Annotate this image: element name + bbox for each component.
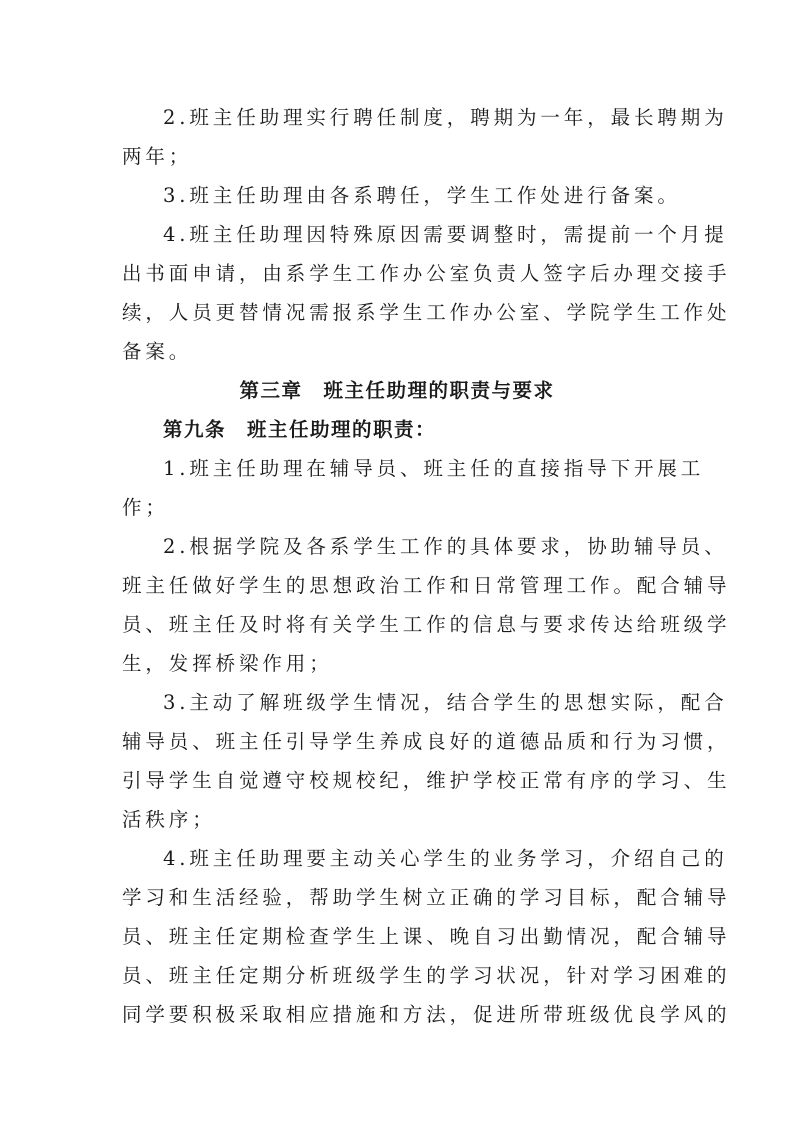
paragraph-line: 员、班主任及时将有关学生工作的信息与要求传达给班级学 [122, 607, 730, 643]
paragraph-line: 4.班主任助理因特殊原因需要调整时，需提前一个月提 [163, 217, 728, 253]
article-heading: 第九条 班主任助理的职责： [163, 412, 436, 448]
paragraph-line: 3.主动了解班级学生情况，结合学生的思想实际，配合 [163, 685, 728, 721]
paragraph-line: 员、班主任定期分析班级学生的学习状况，针对学习困难的 [122, 958, 730, 994]
paragraph-line: 2.根据学院及各系学生工作的具体要求，协助辅导员、 [163, 529, 728, 565]
paragraph-line: 1.班主任助理在辅导员、班主任的直接指导下开展工 [163, 451, 704, 487]
paragraph-line: 出书面申请，由系学生工作办公室负责人签字后办理交接手 [122, 256, 730, 292]
paragraph-line: 学习和生活经验，帮助学生树立正确的学习目标，配合辅导 [122, 880, 730, 916]
paragraph-line: 同学要积极采取相应措施和方法，促进所带班级优良学风的 [122, 997, 730, 1033]
paragraph-line: 班主任做好学生的思想政治工作和日常管理工作。配合辅导 [122, 568, 730, 604]
paragraph-line: 辅导员、班主任引导学生养成良好的道德品质和行为习惯， [122, 724, 730, 760]
paragraph-line: 4.班主任助理要主动关心学生的业务学习，介绍自己的 [163, 841, 728, 877]
paragraph-line: 员、班主任定期检查学生上课、晚自习出勤情况，配合辅导 [122, 919, 730, 955]
paragraph-line: 生，发挥桥梁作用； [122, 646, 333, 682]
paragraph-line: 引导学生自觉遵守校规校纪，维护学校正常有序的学习、生 [122, 763, 730, 799]
chapter-heading: 第三章 班主任助理的职责与要求 [122, 373, 672, 409]
paragraph-line: 活秩序； [122, 802, 216, 838]
paragraph-line: 作； [122, 490, 169, 526]
paragraph-line: 续，人员更替情况需报系学生工作办公室、学院学生工作处 [122, 295, 730, 331]
paragraph-line: 2.班主任助理实行聘任制度，聘期为一年，最长聘期为 [163, 100, 728, 136]
paragraph-line: 3.班主任助理由各系聘任，学生工作处进行备案。 [163, 178, 681, 214]
paragraph-line: 两年； [122, 139, 192, 175]
paragraph-line: 备案。 [122, 334, 192, 370]
